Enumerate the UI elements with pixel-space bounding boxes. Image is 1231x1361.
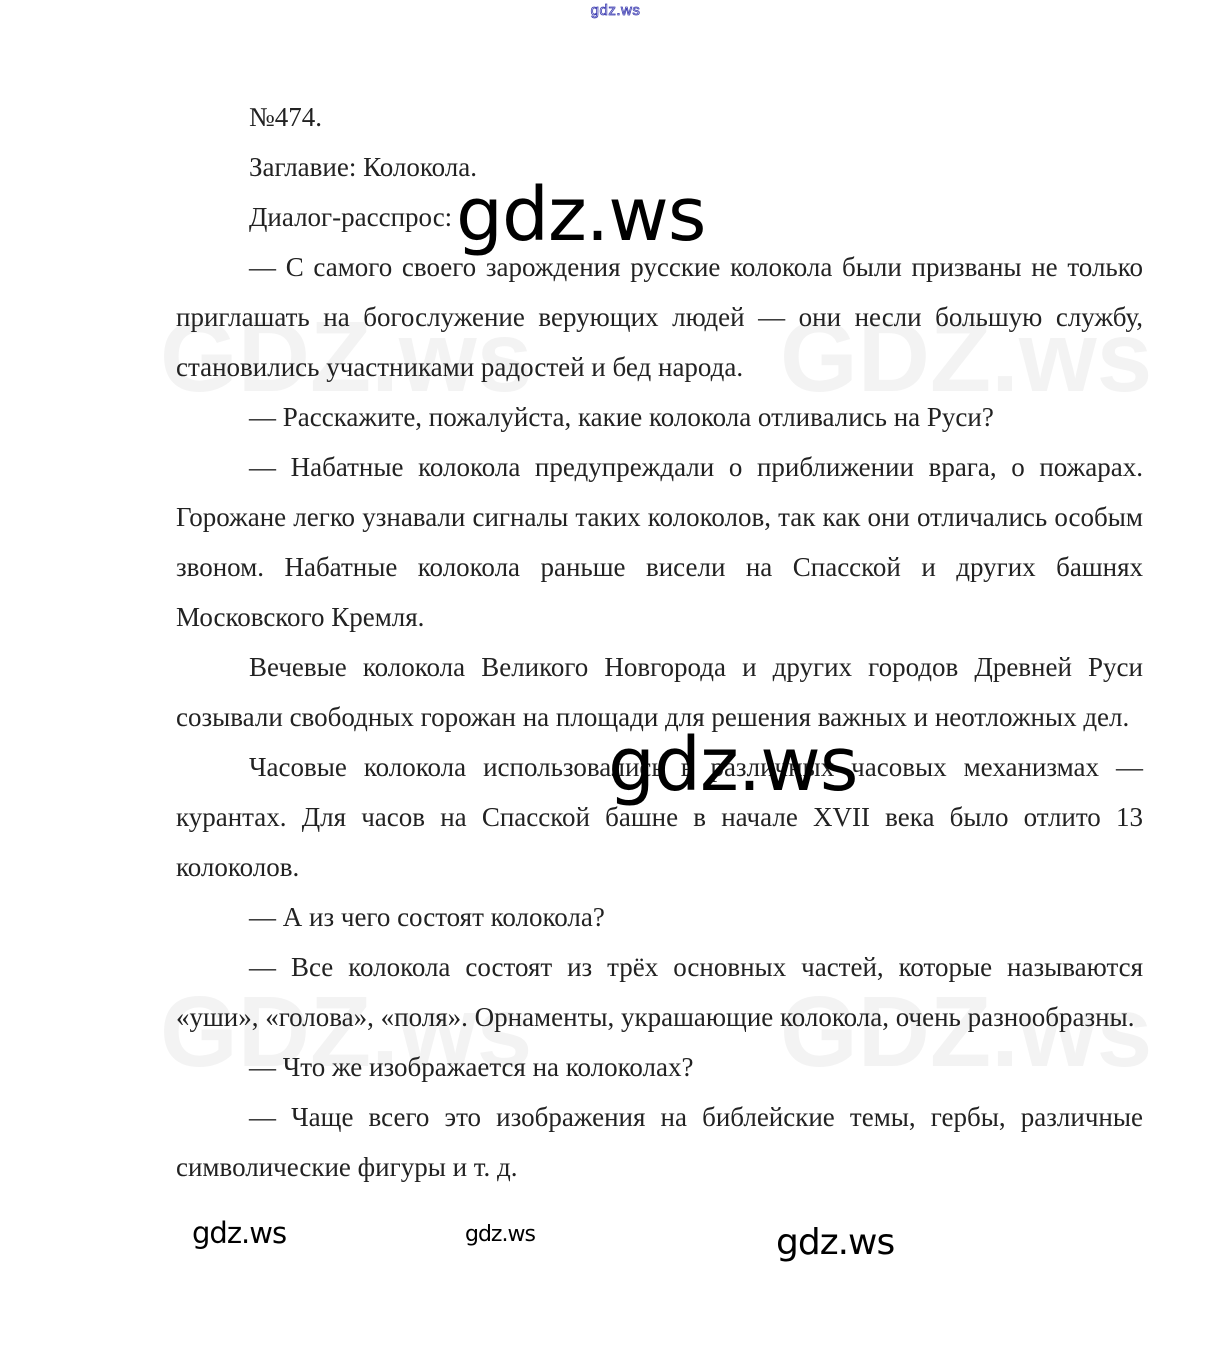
- exercise-number: №474.: [176, 92, 1143, 142]
- watermark-small: gdz.ws: [465, 1222, 535, 1247]
- paragraph: — Набатные колокола предупреждали о приб…: [176, 442, 1143, 642]
- watermark-large: gdz.ws: [456, 172, 705, 258]
- watermark-small: gdz.ws: [776, 1222, 894, 1263]
- header-watermark: gdz.ws: [0, 2, 1231, 19]
- paragraph: — Что же изображается на колоколах?: [176, 1042, 1143, 1092]
- paragraph: — Все колокола состоят из трёх основных …: [176, 942, 1143, 1042]
- watermark-large: gdz.ws: [608, 722, 857, 808]
- watermark-small: gdz.ws: [192, 1216, 286, 1250]
- paragraph: — Чаще всего это изображения на библейск…: [176, 1092, 1143, 1192]
- paragraph: — Расскажите, пожалуйста, какие колокола…: [176, 392, 1143, 442]
- paragraph: — С самого своего зарождения русские кол…: [176, 242, 1143, 392]
- paragraph: — А из чего состоят колокола?: [176, 892, 1143, 942]
